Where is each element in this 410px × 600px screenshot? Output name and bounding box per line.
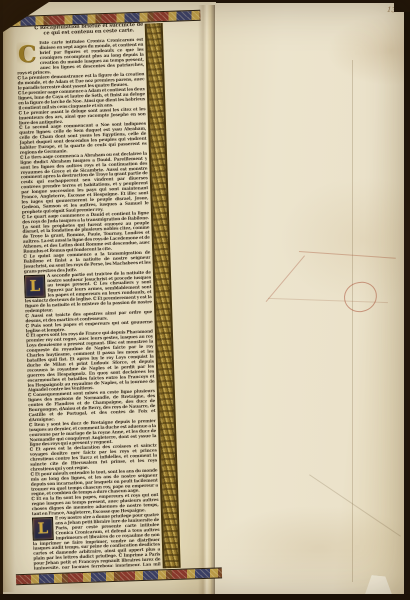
illuminated-initial-L: L [24, 274, 46, 298]
paragraph: ℂ Le quart aage commence a Dauid et cont… [22, 211, 150, 255]
photo-edge-left [0, 0, 3, 600]
text-column: CEste carte intitulee Cronica Cronicarum… [16, 38, 160, 570]
photo-of-book-opening: ℂ Recapitulation briefue et succincte de… [0, 0, 410, 600]
stain [18, 575, 138, 595]
illuminated-initial-L-colophon: L [32, 517, 54, 541]
photo-edge-top-right [394, 0, 410, 12]
paragraph: CEste carte intitulee Cronica Cronicarum… [16, 38, 144, 77]
paragraph: LA seconde partie est traictee de la nat… [24, 270, 152, 314]
colophon-paragraph: LE roy nostre sire a donne priuilege pou… [32, 513, 161, 570]
paragraph: ℂ Consequemment sont mises en ceste lign… [28, 389, 156, 423]
photo-edge-bottom [0, 594, 410, 600]
photo-edge-right [404, 0, 410, 600]
printed-matter: ℂ Recapitulation briefue et succincte de… [0, 3, 222, 596]
paragraph: ℂ Le tiers aage commenca a Abraham ou es… [20, 152, 149, 216]
paragraph: ℂ Le second aage commencant a Noe sont i… [19, 122, 147, 156]
paragraph: ℂ Et apres sont les roys de France qui d… [26, 330, 155, 394]
illuminated-initial-C: C [16, 42, 38, 68]
recapitulation-heading: ℂ Recapitulation briefue et succincte de… [30, 22, 148, 40]
